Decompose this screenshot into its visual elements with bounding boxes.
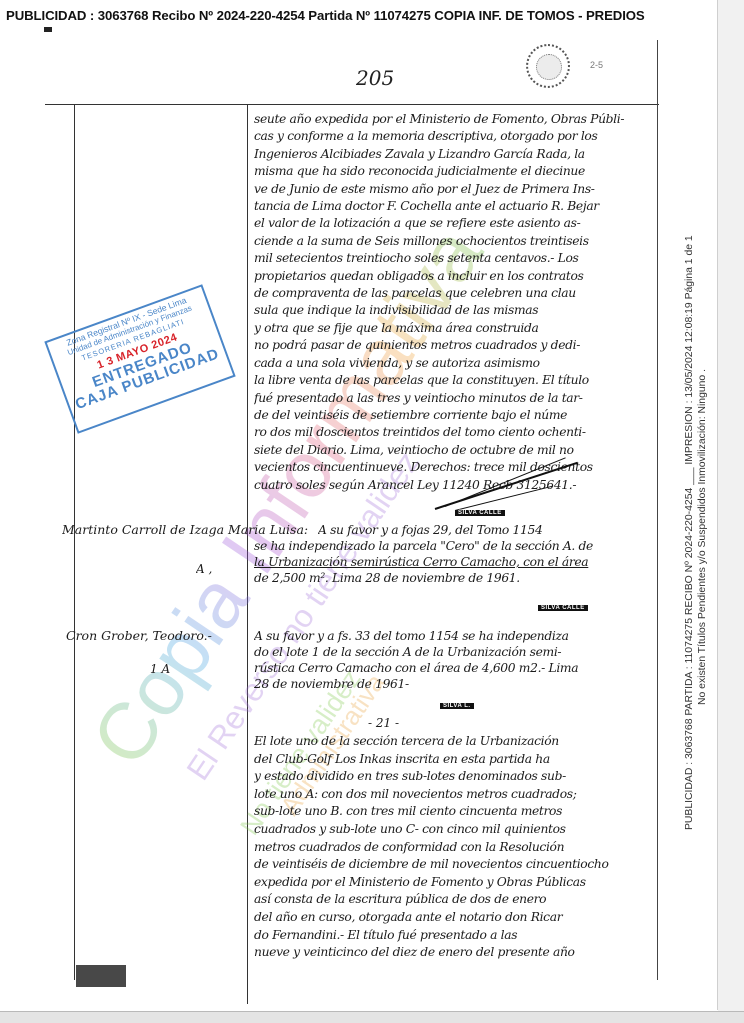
text-line: de del veintiséis de setiembre corriente… (254, 407, 656, 424)
text-line: de compraventa de las parcelas que celeb… (254, 285, 656, 302)
text-line: El lote uno de la sección tercera de la … (254, 733, 654, 751)
text-line: fué presentado a las tres y veintiocho m… (254, 390, 656, 407)
text-line: seute año expedida por el Ministerio de … (254, 111, 656, 128)
text-line: sub-lote uno B. con tres mil ciento cinc… (254, 803, 654, 821)
text-line: mil setecientos treintiocho soles setent… (254, 250, 656, 267)
text-line: do el lote 1 de la sección A de la Urban… (254, 644, 654, 660)
text-line: tancia de Lima doctor F. Cochella ante e… (254, 198, 656, 215)
text-line: y otra que se fije que la máxima área co… (254, 320, 656, 337)
page-margin-shade (718, 0, 744, 1023)
text-line: vecientos cincuentinueve. Derechos: trec… (254, 459, 656, 476)
text-line: expedida por el Ministerio de Fomento y … (254, 874, 654, 892)
entry-3-number: - 21 - (368, 716, 399, 730)
text-line: rústica Cerro Camacho con el área de 4,6… (254, 660, 654, 676)
text-line: se ha independizado la parcela "Cero" de… (254, 538, 654, 554)
text-line: y estado dividido en tres sub-lotes deno… (254, 768, 654, 786)
text-line: cas y conforme a la memoria descriptiva,… (254, 128, 656, 145)
ledger-top-rule (45, 104, 659, 105)
text-line: A su favor y a fojas 29, del Tomo 1154 (318, 522, 656, 538)
ledger-middle-rule (247, 104, 248, 1004)
signature-stamp-label: SILVA CALLE (538, 605, 588, 611)
text-line: A su favor y a fs. 33 del tomo 1154 se h… (254, 628, 654, 644)
entry-2-owner-name: Cron Grober, Teodoro.- (66, 628, 256, 643)
entry-2-text: A su favor y a fs. 33 del tomo 1154 se h… (254, 628, 654, 692)
page-bottom-edge (0, 1011, 744, 1023)
text-line: cuadrados y sub-lote uno C- con cinco mi… (254, 821, 654, 839)
entry-3-text: El lote uno de la sección tercera de la … (254, 733, 654, 962)
text-line: sula que indique la indivisibilidad de l… (254, 302, 656, 319)
ledger-left-rule (74, 104, 75, 980)
text-line: del Club-Golf Los Inkas inscrita en esta… (254, 751, 654, 769)
registry-seal-icon (526, 44, 570, 88)
text-line: Ingenieros Alcibiades Zavala y Lizandro … (254, 146, 656, 163)
document-header: PUBLICIDAD : 3063768 Recibo Nº 2024-220-… (6, 8, 741, 23)
text-line: lote uno A: con dos mil novecientos metr… (254, 786, 654, 804)
entry-2-margin-note: 1 A (150, 662, 170, 676)
entry-1-margin-note: A , (196, 562, 212, 576)
text-line: misma que ha sido reconocida judicialmen… (254, 163, 656, 180)
entry-1-text-cont: se ha independizado la parcela "Cero" de… (254, 538, 654, 586)
status-info-vertical: No existen Títulos Pendientes y/o Suspen… (697, 369, 708, 705)
text-line: propietarios quedan obligados a incluir … (254, 268, 656, 285)
text-line: así consta de la escritura pública de do… (254, 891, 654, 909)
handwritten-main-entry: seute año expedida por el Ministerio de … (254, 111, 656, 494)
text-line: no podrá pasar de quinientos metros cuad… (254, 337, 656, 354)
text-line: del año en curso, otorgada ante el notar… (254, 909, 654, 927)
print-info-vertical: PUBLICIDAD : 3063768 PARTIDA : 11074275 … (684, 235, 695, 830)
text-line: cuatro soles según Arancel Ley 11240 Rec… (254, 477, 656, 494)
scan-artifact (76, 965, 126, 987)
treasury-received-stamp: Zona Registral Nº IX - Sede Lima Unidad … (44, 284, 235, 434)
entry-1-owner-name: Martinto Carroll de Izaga Maria Luisa: (62, 522, 322, 537)
text-line: la libre venta de las parcelas que la co… (254, 372, 656, 389)
text-line: do Fernandini.- El título fué presentado… (254, 927, 654, 945)
text-line: de 2,500 m². Lima 28 de noviembre de 196… (254, 570, 654, 586)
text-line: ciende a la suma de Seis millones ochoci… (254, 233, 656, 250)
signature-stamp-label: SILVA CALLE (455, 510, 505, 516)
text-line: metros cuadrados de conformidad con la R… (254, 839, 654, 857)
text-line: 28 de noviembre de 1961- (254, 676, 654, 692)
scan-mark (44, 27, 52, 32)
seal-reference: 2-5 (590, 60, 603, 70)
page-edge (717, 0, 718, 1010)
signature-stamp-label: SILVA L. (440, 703, 474, 709)
text-line: cada a una sola vivienda, y se autoriza … (254, 355, 656, 372)
text-line: ve de Junio de este mismo año por el Jue… (254, 181, 656, 198)
entry-1-text: A su favor y a fojas 29, del Tomo 1154 (318, 522, 656, 538)
text-line: nueve y veinticinco del diez de enero de… (254, 944, 654, 962)
text-line: el valor de la lotización a que se refie… (254, 215, 656, 232)
text-line: siete del Diario. Lima, veintiocho de oc… (254, 442, 656, 459)
folio-number: 205 (356, 66, 394, 90)
text-line: la Urbanización semirústica Cerro Camach… (254, 554, 654, 570)
text-line: ro dos mil doscientos treintidos del tom… (254, 424, 656, 441)
ledger-right-rule (657, 40, 658, 980)
text-line: de veintiséis de diciembre de mil noveci… (254, 856, 654, 874)
